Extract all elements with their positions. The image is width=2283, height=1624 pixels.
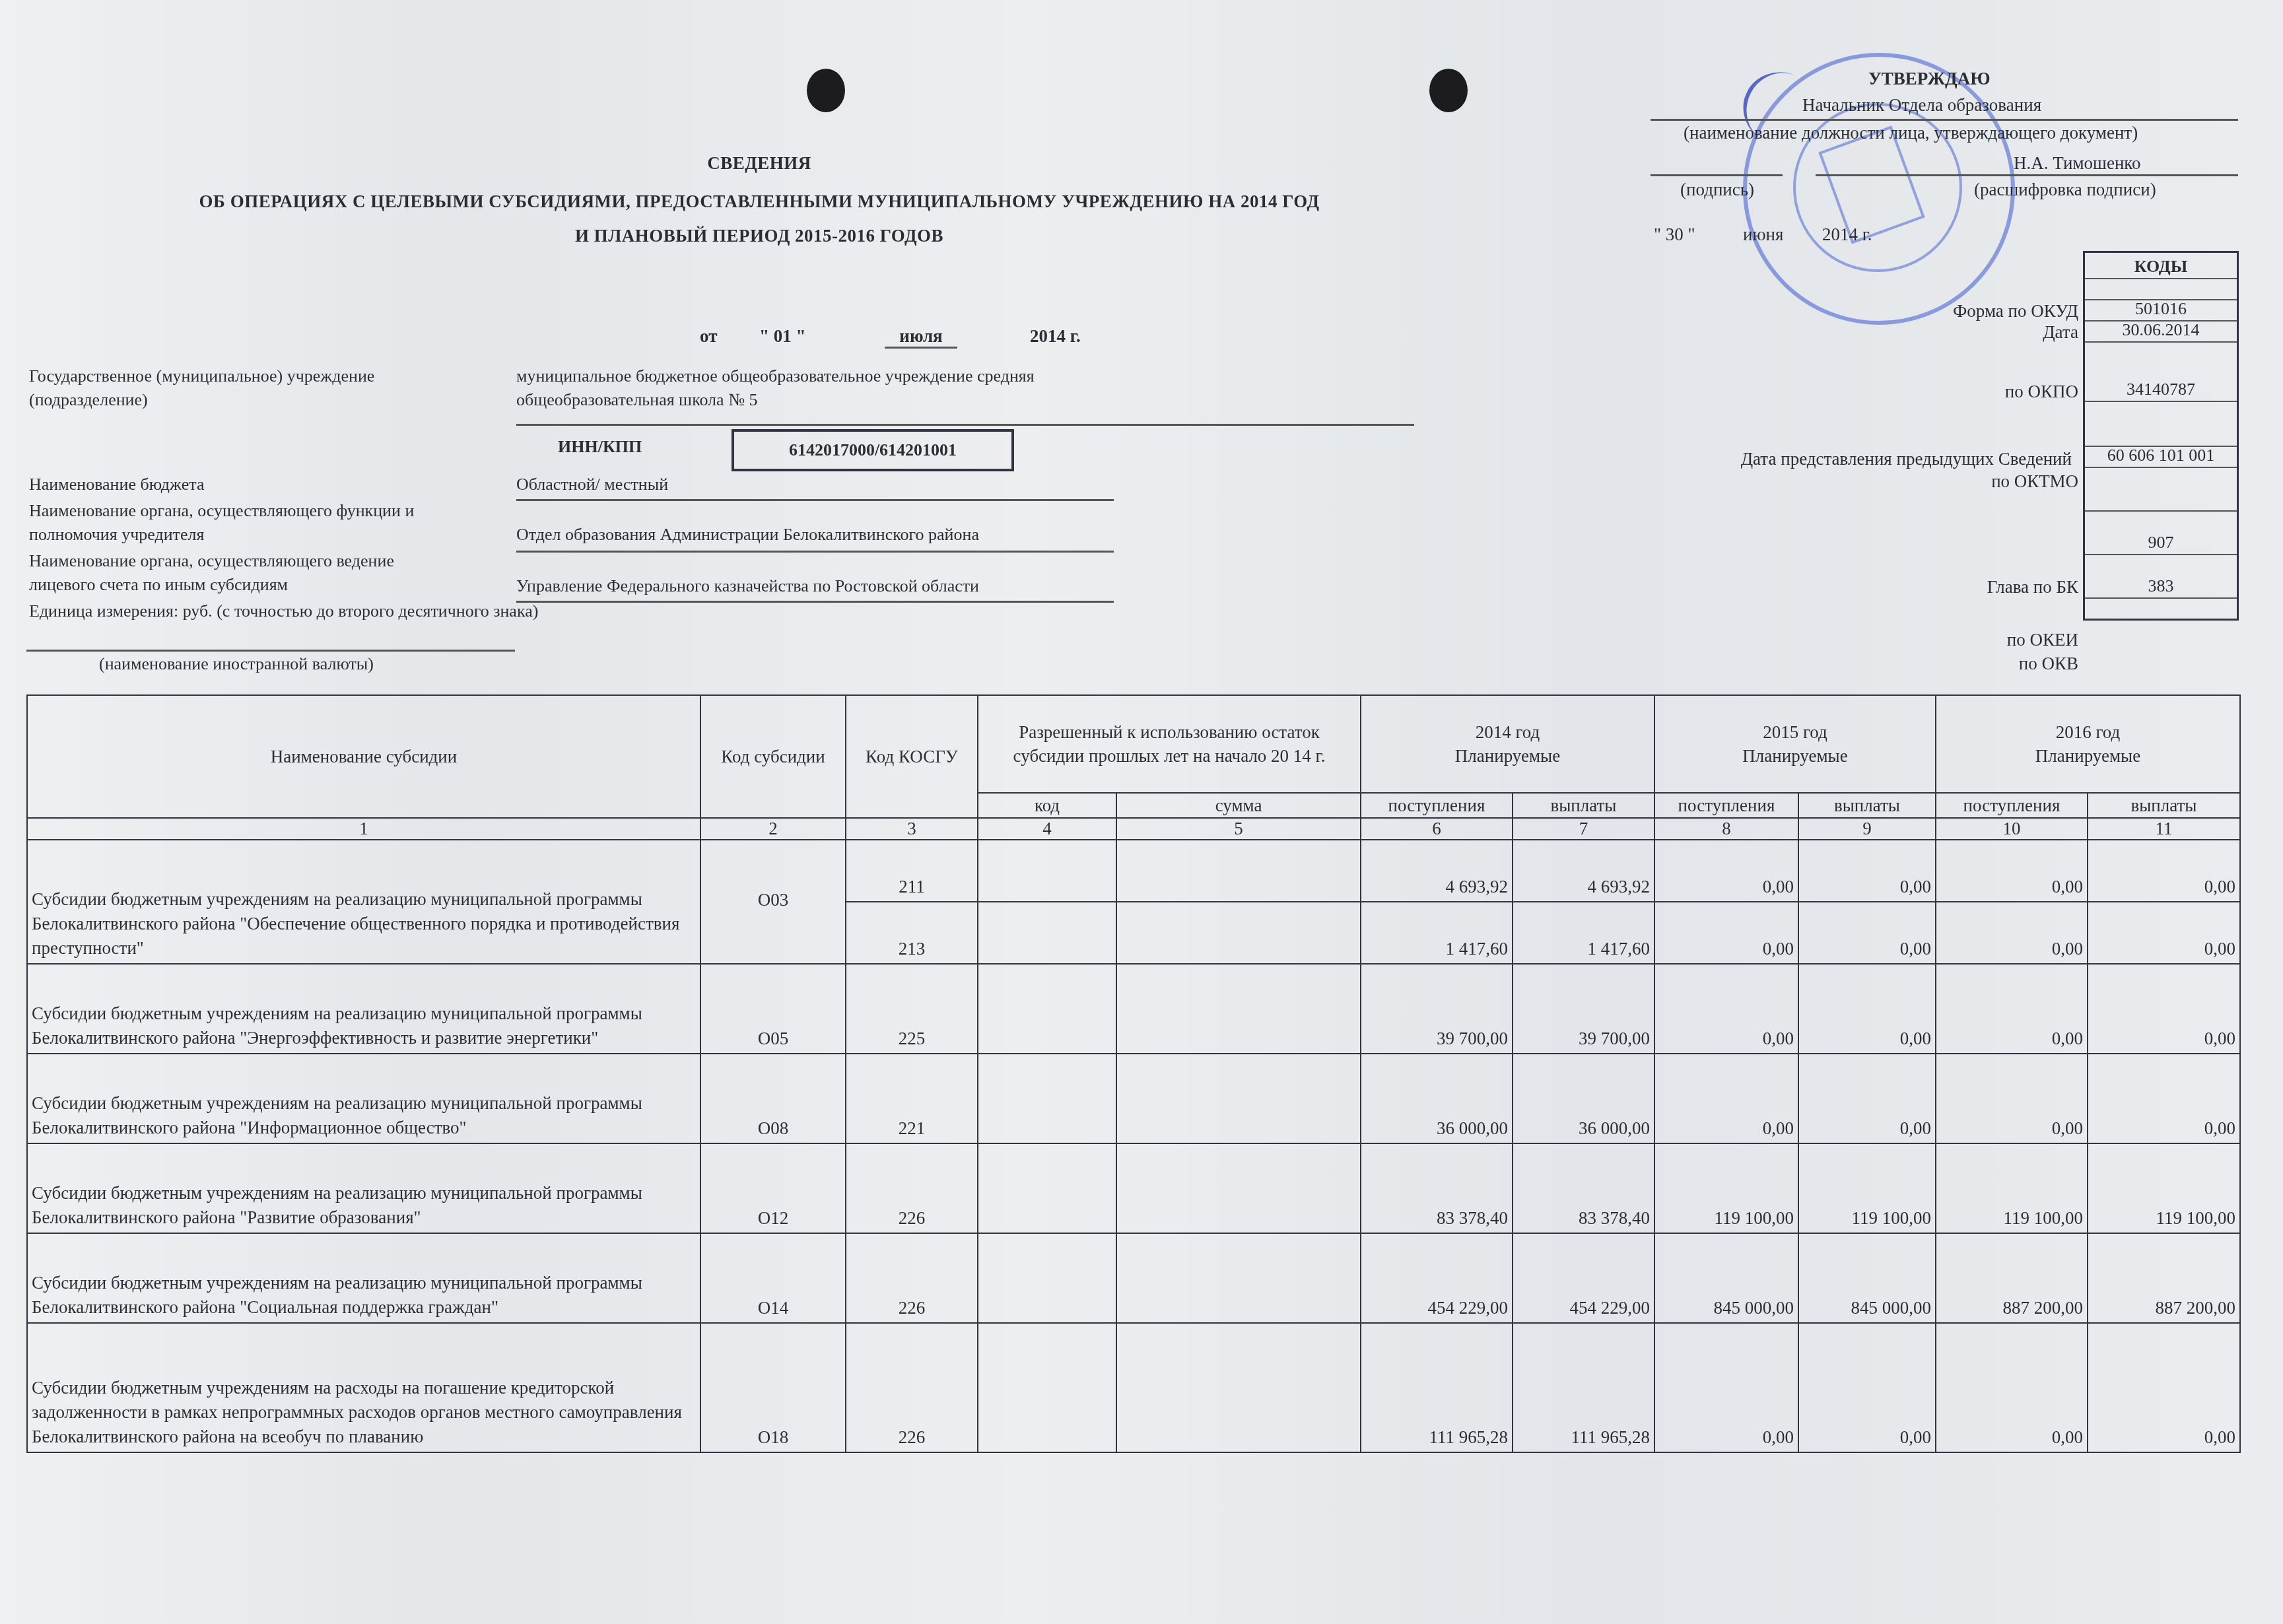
signer-underline (1816, 174, 2238, 176)
account-label-line1: Наименование органа, осуществляющего вед… (29, 549, 394, 573)
income-2016: 0,00 (1936, 840, 2088, 902)
remainder-sum (1116, 1054, 1361, 1143)
payments-2015: 0,00 (1798, 840, 1936, 902)
doc-subtitle: ОБ ОПЕРАЦИЯХ С ЦЕЛЕВЫМИ СУБСИДИЯМИ, ПРЕД… (0, 191, 1518, 212)
code-oktmo: 60 606 101 001 (2085, 447, 2237, 468)
subsidy-name: Субсидии бюджетным учреждениям на реализ… (27, 964, 700, 1054)
remainder-sum (1116, 1233, 1361, 1323)
budget-value: Областной/ местный (516, 473, 668, 496)
approval-position-caption: (наименование должности лица, утверждающ… (1684, 123, 2138, 143)
subsidy-name: Субсидии бюджетным учреждениям на расход… (27, 1323, 700, 1452)
remainder-code (978, 1143, 1116, 1233)
table-row: Субсидии бюджетным учреждениям на реализ… (27, 1233, 2240, 1323)
subsidy-name: Субсидии бюджетным учреждениям на реализ… (27, 840, 700, 964)
label-prev-date: Дата представления предыдущих Сведений (1741, 449, 2072, 469)
code-date: 30.06.2014 (2085, 321, 2237, 343)
subsidy-code: О14 (700, 1233, 846, 1323)
code-okei: 383 (2085, 555, 2237, 599)
institution-value-line1: муниципальное бюджетное общеобразователь… (516, 364, 1035, 388)
inn-value: 6142017000/614201001 (732, 429, 1014, 471)
header-2014: 2014 годПланируемые (1361, 695, 1654, 793)
income-2014: 454 229,00 (1361, 1233, 1513, 1323)
kosgu-code: 211 (846, 840, 978, 902)
codes-box: КОДЫ 501016 30.06.2014 34140787 60 606 1… (2083, 251, 2239, 621)
signature-underline (1651, 174, 1783, 176)
founder-label-line1: Наименование органа, осуществляющего фун… (29, 499, 414, 523)
income-2015: 0,00 (1654, 902, 1798, 964)
column-numbers-row: 1234567891011 (27, 818, 2240, 840)
remainder-sum (1116, 902, 1361, 964)
payments-2015: 845 000,00 (1798, 1233, 1936, 1323)
label-glava-bk: Глава по БК (1987, 577, 2078, 597)
remainder-code (978, 1054, 1116, 1143)
header-kosgu: Код КОСГУ (846, 695, 978, 818)
header-2015: 2015 годПланируемые (1654, 695, 1936, 793)
header-2016-year: 2016 год (1940, 720, 2235, 744)
payments-2014: 83 378,40 (1513, 1143, 1654, 1233)
income-2014: 36 000,00 (1361, 1054, 1513, 1143)
header-rem-sum: сумма (1116, 793, 1361, 818)
payments-2016: 119 100,00 (2088, 1143, 2240, 1233)
payments-2014: 36 000,00 (1513, 1054, 1654, 1143)
approval-position: Начальник Отдела образования (1802, 95, 2041, 116)
column-number: 5 (1116, 818, 1361, 840)
code-okpo: 34140787 (2085, 343, 2237, 402)
income-2014: 83 378,40 (1361, 1143, 1513, 1233)
income-2016: 119 100,00 (1936, 1143, 2088, 1233)
header-2016-income: поступления (1936, 793, 2088, 818)
label-okei: по ОКЕИ (2007, 630, 2078, 650)
code-empty (2085, 468, 2237, 512)
payments-2014: 4 693,92 (1513, 840, 1654, 902)
header-2015-planned: Планируемые (1659, 744, 1931, 768)
institution-label-line2: (подразделение) (29, 388, 374, 412)
table-row: Субсидии бюджетным учреждениям на реализ… (27, 964, 2240, 1054)
payments-2015: 0,00 (1798, 1054, 1936, 1143)
kosgu-code: 221 (846, 1054, 978, 1143)
column-number: 1 (27, 818, 700, 840)
income-2014: 39 700,00 (1361, 964, 1513, 1054)
remainder-sum (1116, 964, 1361, 1054)
kosgu-code: 225 (846, 964, 978, 1054)
income-2015: 119 100,00 (1654, 1143, 1798, 1233)
payments-2016: 0,00 (2088, 902, 2240, 964)
punch-hole-left (807, 69, 845, 112)
header-2015-payments: выплаты (1798, 793, 1936, 818)
header-2015-income: поступления (1654, 793, 1798, 818)
kosgu-code: 226 (846, 1323, 978, 1452)
institution-value: муниципальное бюджетное общеобразователь… (516, 364, 1035, 412)
payments-2015: 0,00 (1798, 1323, 1936, 1452)
founder-value: Отдел образования Администрации Белокали… (516, 523, 979, 547)
doc-title: СВЕДЕНИЯ (0, 153, 1518, 174)
kosgu-code: 213 (846, 902, 978, 964)
table-row: Субсидии бюджетным учреждениям на расход… (27, 1323, 2240, 1452)
remainder-code (978, 840, 1116, 902)
table-row: Субсидии бюджетным учреждениям на реализ… (27, 1143, 2240, 1233)
column-number: 10 (1936, 818, 2088, 840)
approval-signer: Н.А. Тимошенко (2014, 153, 2141, 174)
kosgu-code: 226 (846, 1233, 978, 1323)
punch-hole-right (1429, 69, 1468, 112)
codes-spacer (2085, 279, 2237, 300)
column-number: 6 (1361, 818, 1513, 840)
header-2016-payments: выплаты (2088, 793, 2240, 818)
institution-label: Государственное (муниципальное) учрежден… (29, 364, 374, 412)
subsidy-code: О18 (700, 1323, 846, 1452)
column-number: 9 (1798, 818, 1936, 840)
code-okud: 501016 (2085, 300, 2237, 321)
income-2016: 0,00 (1936, 1323, 2088, 1452)
currency-caption: (наименование иностранной валюты) (99, 652, 374, 676)
income-2016: 887 200,00 (1936, 1233, 2088, 1323)
table-row: Субсидии бюджетным учреждениям на реализ… (27, 840, 2240, 902)
subsidy-code: О08 (700, 1054, 846, 1143)
payments-2014: 1 417,60 (1513, 902, 1654, 964)
table-row: Субсидии бюджетным учреждениям на реализ… (27, 1054, 2240, 1143)
header-2014-payments: выплаты (1513, 793, 1654, 818)
income-2015: 0,00 (1654, 1054, 1798, 1143)
column-number: 11 (2088, 818, 2240, 840)
header-name: Наименование субсидии (27, 695, 700, 818)
subsidy-code: О12 (700, 1143, 846, 1233)
codes-header: КОДЫ (2085, 253, 2237, 279)
remainder-sum (1116, 1323, 1361, 1452)
account-label: Наименование органа, осуществляющего вед… (29, 549, 394, 597)
label-okud: Форма по ОКУД (1953, 301, 2078, 321)
subsidy-code: О03 (700, 840, 846, 964)
account-label-line2: лицевого счета по иным субсидиям (29, 573, 394, 597)
header-2016: 2016 годПланируемые (1936, 695, 2240, 793)
remainder-code (978, 1233, 1116, 1323)
column-number: 2 (700, 818, 846, 840)
institution-value-line2: общеобразовательная школа № 5 (516, 388, 1035, 412)
unit-label: Единица измерения: руб. (с точностью до … (29, 599, 538, 623)
budget-label: Наименование бюджета (29, 473, 204, 496)
payments-2016: 0,00 (2088, 840, 2240, 902)
header-2014-year: 2014 год (1365, 720, 1650, 744)
account-value: Управление Федерального казначейства по … (516, 574, 979, 598)
payments-2015: 119 100,00 (1798, 1143, 1936, 1233)
header-code: Код субсидии (700, 695, 846, 818)
header-remainder: Разрешенный к использованию остаток субс… (978, 695, 1361, 793)
header-2014-planned: Планируемые (1365, 744, 1650, 768)
header-2014-income: поступления (1361, 793, 1513, 818)
budget-underline (516, 499, 1114, 501)
subsidy-name: Субсидии бюджетным учреждениям на реализ… (27, 1143, 700, 1233)
header-2016-planned: Планируемые (1940, 744, 2235, 768)
label-date: Дата (2043, 322, 2078, 343)
payments-2016: 887 200,00 (2088, 1233, 2240, 1323)
income-2014: 4 693,92 (1361, 840, 1513, 902)
code-glava-bk: 907 (2085, 512, 2237, 555)
income-2015: 0,00 (1654, 840, 1798, 902)
income-2016: 0,00 (1936, 964, 2088, 1054)
label-okpo: по ОКПО (2005, 382, 2078, 402)
kosgu-code: 226 (846, 1143, 978, 1233)
currency-underline (26, 650, 515, 652)
approval-date-day: " 30 " (1654, 224, 1695, 245)
income-2014: 111 965,28 (1361, 1323, 1513, 1452)
code-okv (2085, 599, 2237, 619)
date-month: июля (885, 326, 957, 349)
founder-label-line2: полномочия учредителя (29, 523, 414, 547)
header-rem-code: код (978, 793, 1116, 818)
subsidy-code: О05 (700, 964, 846, 1054)
code-prev-date (2085, 402, 2237, 447)
payments-2016: 0,00 (2088, 1054, 2240, 1143)
income-2015: 845 000,00 (1654, 1233, 1798, 1323)
payments-2014: 111 965,28 (1513, 1323, 1654, 1452)
founder-label: Наименование органа, осуществляющего фун… (29, 499, 414, 547)
payments-2016: 0,00 (2088, 1323, 2240, 1452)
income-2016: 0,00 (1936, 1054, 2088, 1143)
subsidy-name: Субсидии бюджетным учреждениям на реализ… (27, 1233, 700, 1323)
payments-2015: 0,00 (1798, 902, 1936, 964)
remainder-sum (1116, 840, 1361, 902)
institution-label-line1: Государственное (муниципальное) учрежден… (29, 364, 374, 388)
label-okv: по ОКВ (2019, 654, 2078, 674)
approval-heading: УТВЕРЖДАЮ (1868, 69, 1991, 89)
label-oktmo: по ОКТМО (1991, 471, 2078, 492)
remainder-code (978, 964, 1116, 1054)
payments-2016: 0,00 (2088, 964, 2240, 1054)
date-from-label: от (700, 326, 717, 347)
payments-2014: 454 229,00 (1513, 1233, 1654, 1323)
column-number: 8 (1654, 818, 1798, 840)
approval-date-month: июня (1743, 224, 1784, 245)
income-2015: 0,00 (1654, 1323, 1798, 1452)
account-underline (516, 601, 1114, 603)
income-2015: 0,00 (1654, 964, 1798, 1054)
column-number: 7 (1513, 818, 1654, 840)
payments-2015: 0,00 (1798, 964, 1936, 1054)
signature-caption: (подпись) (1680, 180, 1754, 200)
founder-underline (516, 551, 1114, 553)
date-day: " 01 " (759, 326, 805, 347)
income-2016: 0,00 (1936, 902, 2088, 964)
remainder-code (978, 902, 1116, 964)
header-2015-year: 2015 год (1659, 720, 1931, 744)
column-number: 4 (978, 818, 1116, 840)
date-year: 2014 г. (1030, 326, 1081, 347)
column-number: 3 (846, 818, 978, 840)
subsidy-name: Субсидии бюджетным учреждениям на реализ… (27, 1054, 700, 1143)
doc-subtitle-period: И ПЛАНОВЫЙ ПЕРИОД 2015-2016 ГОДОВ (0, 226, 1518, 246)
institution-underline (516, 424, 1414, 426)
remainder-code (978, 1323, 1116, 1452)
inn-label: ИНН/КПП (558, 437, 642, 457)
payments-2014: 39 700,00 (1513, 964, 1654, 1054)
subsidies-table: Наименование субсидии Код субсидии Код К… (26, 694, 2241, 1453)
income-2014: 1 417,60 (1361, 902, 1513, 964)
signer-caption: (расшифровка подписи) (1974, 180, 2156, 200)
position-underline (1651, 119, 2238, 121)
approval-date-year: 2014 г. (1822, 224, 1872, 245)
remainder-sum (1116, 1143, 1361, 1233)
